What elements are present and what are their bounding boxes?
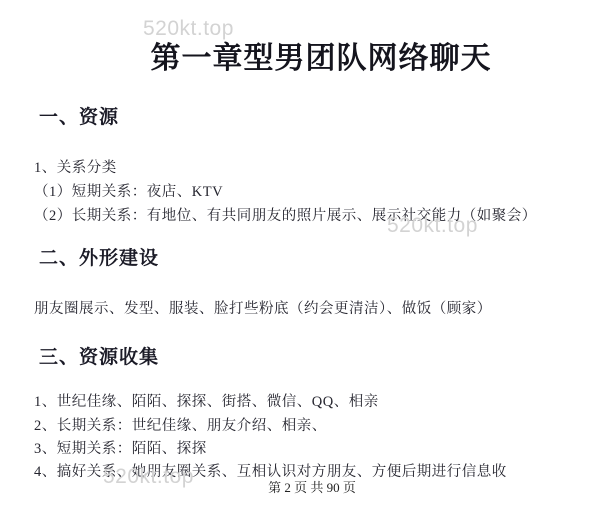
- document-page: 520kt.top 第一章型男团队网络聊天 一、资源 1、关系分类 （1）短期关…: [0, 0, 600, 506]
- text-line: 2、长期关系：世纪佳缘、朋友介绍、相亲、: [34, 414, 327, 435]
- text-line: （1）短期关系：夜店、KTV: [34, 180, 223, 201]
- text-line: 3、短期关系：陌陌、探探: [34, 437, 207, 458]
- section-heading-3: 三、资源收集: [39, 342, 159, 369]
- section-heading-1: 一、资源: [39, 102, 119, 129]
- section-heading-2: 二、外形建设: [39, 243, 159, 270]
- page-number: 第 2 页 共 90 页: [268, 477, 356, 496]
- text-line: 朋友圈展示、发型、服装、脸打些粉底（约会更清洁）、做饭（顾家）: [34, 297, 492, 318]
- page-title: 第一章型男团队网络聊天: [0, 33, 600, 77]
- watermark-bottom: 520kt.top: [103, 465, 194, 489]
- watermark-middle: 520kt.top: [387, 214, 478, 238]
- text-line: 1、关系分类: [34, 156, 117, 177]
- text-line: 1、世纪佳缘、陌陌、探探、街搭、微信、QQ、相亲: [34, 390, 379, 411]
